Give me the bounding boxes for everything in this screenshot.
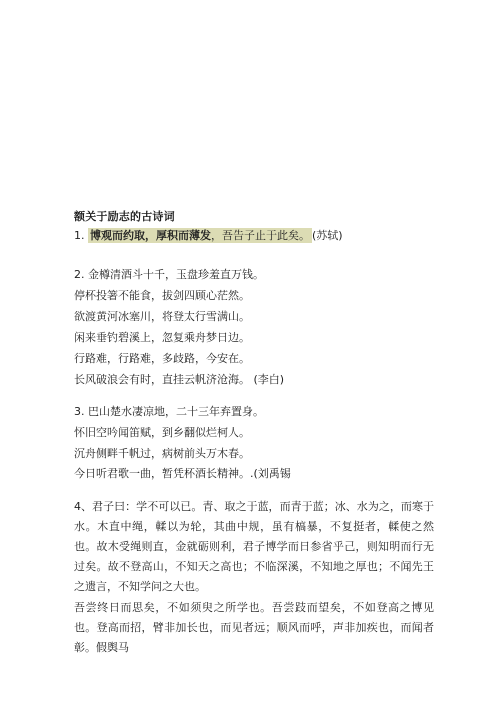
poem-1-author: (苏轼) (312, 229, 343, 242)
document-page: 额关于励志的古诗词 1. 博观而约取，厚积而薄发，吾告子止于此矣。(苏轼) 2.… (0, 0, 500, 707)
poem-2-line: 闲来垂钓碧溪上，忽复乘舟梦日边。 (74, 331, 250, 345)
poem-3-line: 3. 巴山楚水凄凉地，二十三年弃置身。 (74, 405, 264, 419)
poem-1-highlight: 博观而约取，厚积而薄发，吾告子止于此矣。 (88, 228, 312, 243)
poem-2-line: 行路难，行路难，多歧路，今安在。 (74, 352, 250, 366)
poem-4-paragraph-1: 4、君子曰：学不可以已。青、取之于蓝，而青于蓝；冰、水为之，而寒于水。木直中绳，… (74, 497, 434, 597)
poem-1-number: 1. (74, 229, 85, 242)
poem-3-line: 今日听君歌一曲，暂凭杯酒长精神。.(刘禹锡 (74, 467, 291, 481)
poem-1-highlight-rest: ，吾告子止于此矣。 (211, 229, 310, 242)
poem-1-line: 1. 博观而约取，厚积而薄发，吾告子止于此矣。(苏轼) (74, 229, 343, 243)
poem-2-line: 2. 金樽清酒斗十千，玉盘珍羞直万钱。 (74, 268, 264, 282)
poem-2-line: 欲渡黄河冰塞川，将登太行雪满山。 (74, 310, 250, 324)
poem-4-paragraph-2: 吾尝终日而思矣，不如须臾之所学也。吾尝跂而望矣，不如登高之博见也。登高而招，臂非… (74, 598, 434, 658)
poem-3-line: 沉舟侧畔千帆过，病树前头万木春。 (74, 447, 250, 461)
document-title: 额关于励志的古诗词 (74, 208, 175, 224)
poem-3-line: 怀旧空吟闻笛赋，到乡翻似烂柯人。 (74, 426, 250, 440)
poem-2-line: 长风破浪会有时，直挂云帆济沧海。 (李白) (74, 373, 284, 387)
poem-1-highlight-bold: 博观而约取，厚积而薄发 (90, 229, 211, 242)
poem-2-line: 停杯投箸不能食，拔剑四顾心茫然。 (74, 289, 250, 303)
